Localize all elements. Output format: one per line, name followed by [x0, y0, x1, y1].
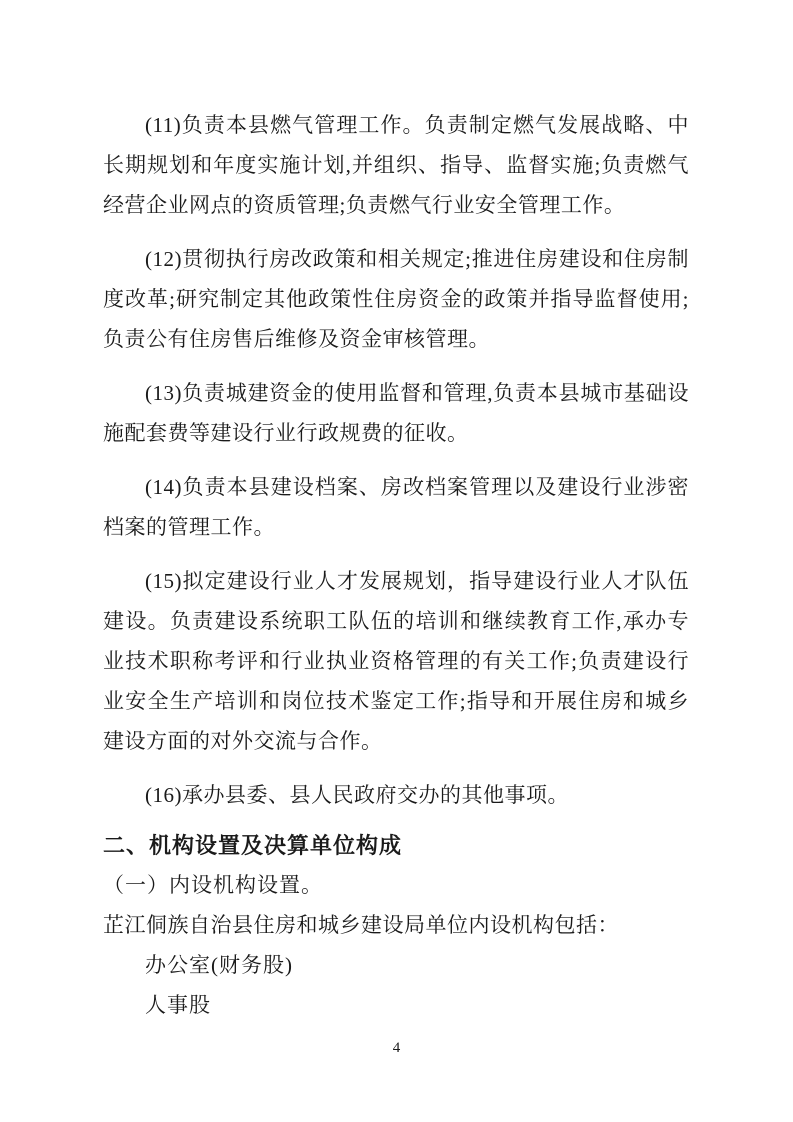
- org-unit-personnel: 人事股: [103, 985, 689, 1025]
- org-intro-line: 芷江侗族自治县住房和城乡建设局单位内设机构包括：: [103, 905, 689, 945]
- duty-paragraph-14: (14)负责本县建设档案、房改档案管理以及建设行业涉密档案的管理工作。: [103, 467, 689, 547]
- page-number: 4: [0, 1038, 793, 1058]
- duty-paragraph-16: (16)承办县委、县人民政府交办的其他事项。: [103, 775, 689, 815]
- org-unit-office: 办公室(财务股): [103, 945, 689, 985]
- document-content: (11)负责本县燃气管理工作。负责制定燃气发展战略、中长期规划和年度实施计划,并…: [103, 91, 689, 1025]
- duty-paragraph-11: (11)负责本县燃气管理工作。负责制定燃气发展战略、中长期规划和年度实施计划,并…: [103, 105, 689, 225]
- duty-paragraph-13: (13)负责城建资金的使用监督和管理,负责本县城市基础设施配套费等建设行业行政规…: [103, 373, 689, 453]
- duty-paragraph-15: (15)拟定建设行业人才发展规划，指导建设行业人才队伍建设。负责建设系统职工队伍…: [103, 561, 689, 761]
- duty-paragraph-12: (12)贯彻执行房改政策和相关规定;推进住房建设和住房制度改革;研究制定其他政策…: [103, 239, 689, 359]
- section-heading: 二、机构设置及决算单位构成: [103, 827, 689, 865]
- subsection-heading: （一）内设机构设置。: [103, 865, 689, 905]
- document-page: (11)负责本县燃气管理工作。负责制定燃气发展战略、中长期规划和年度实施计划,并…: [0, 0, 793, 1122]
